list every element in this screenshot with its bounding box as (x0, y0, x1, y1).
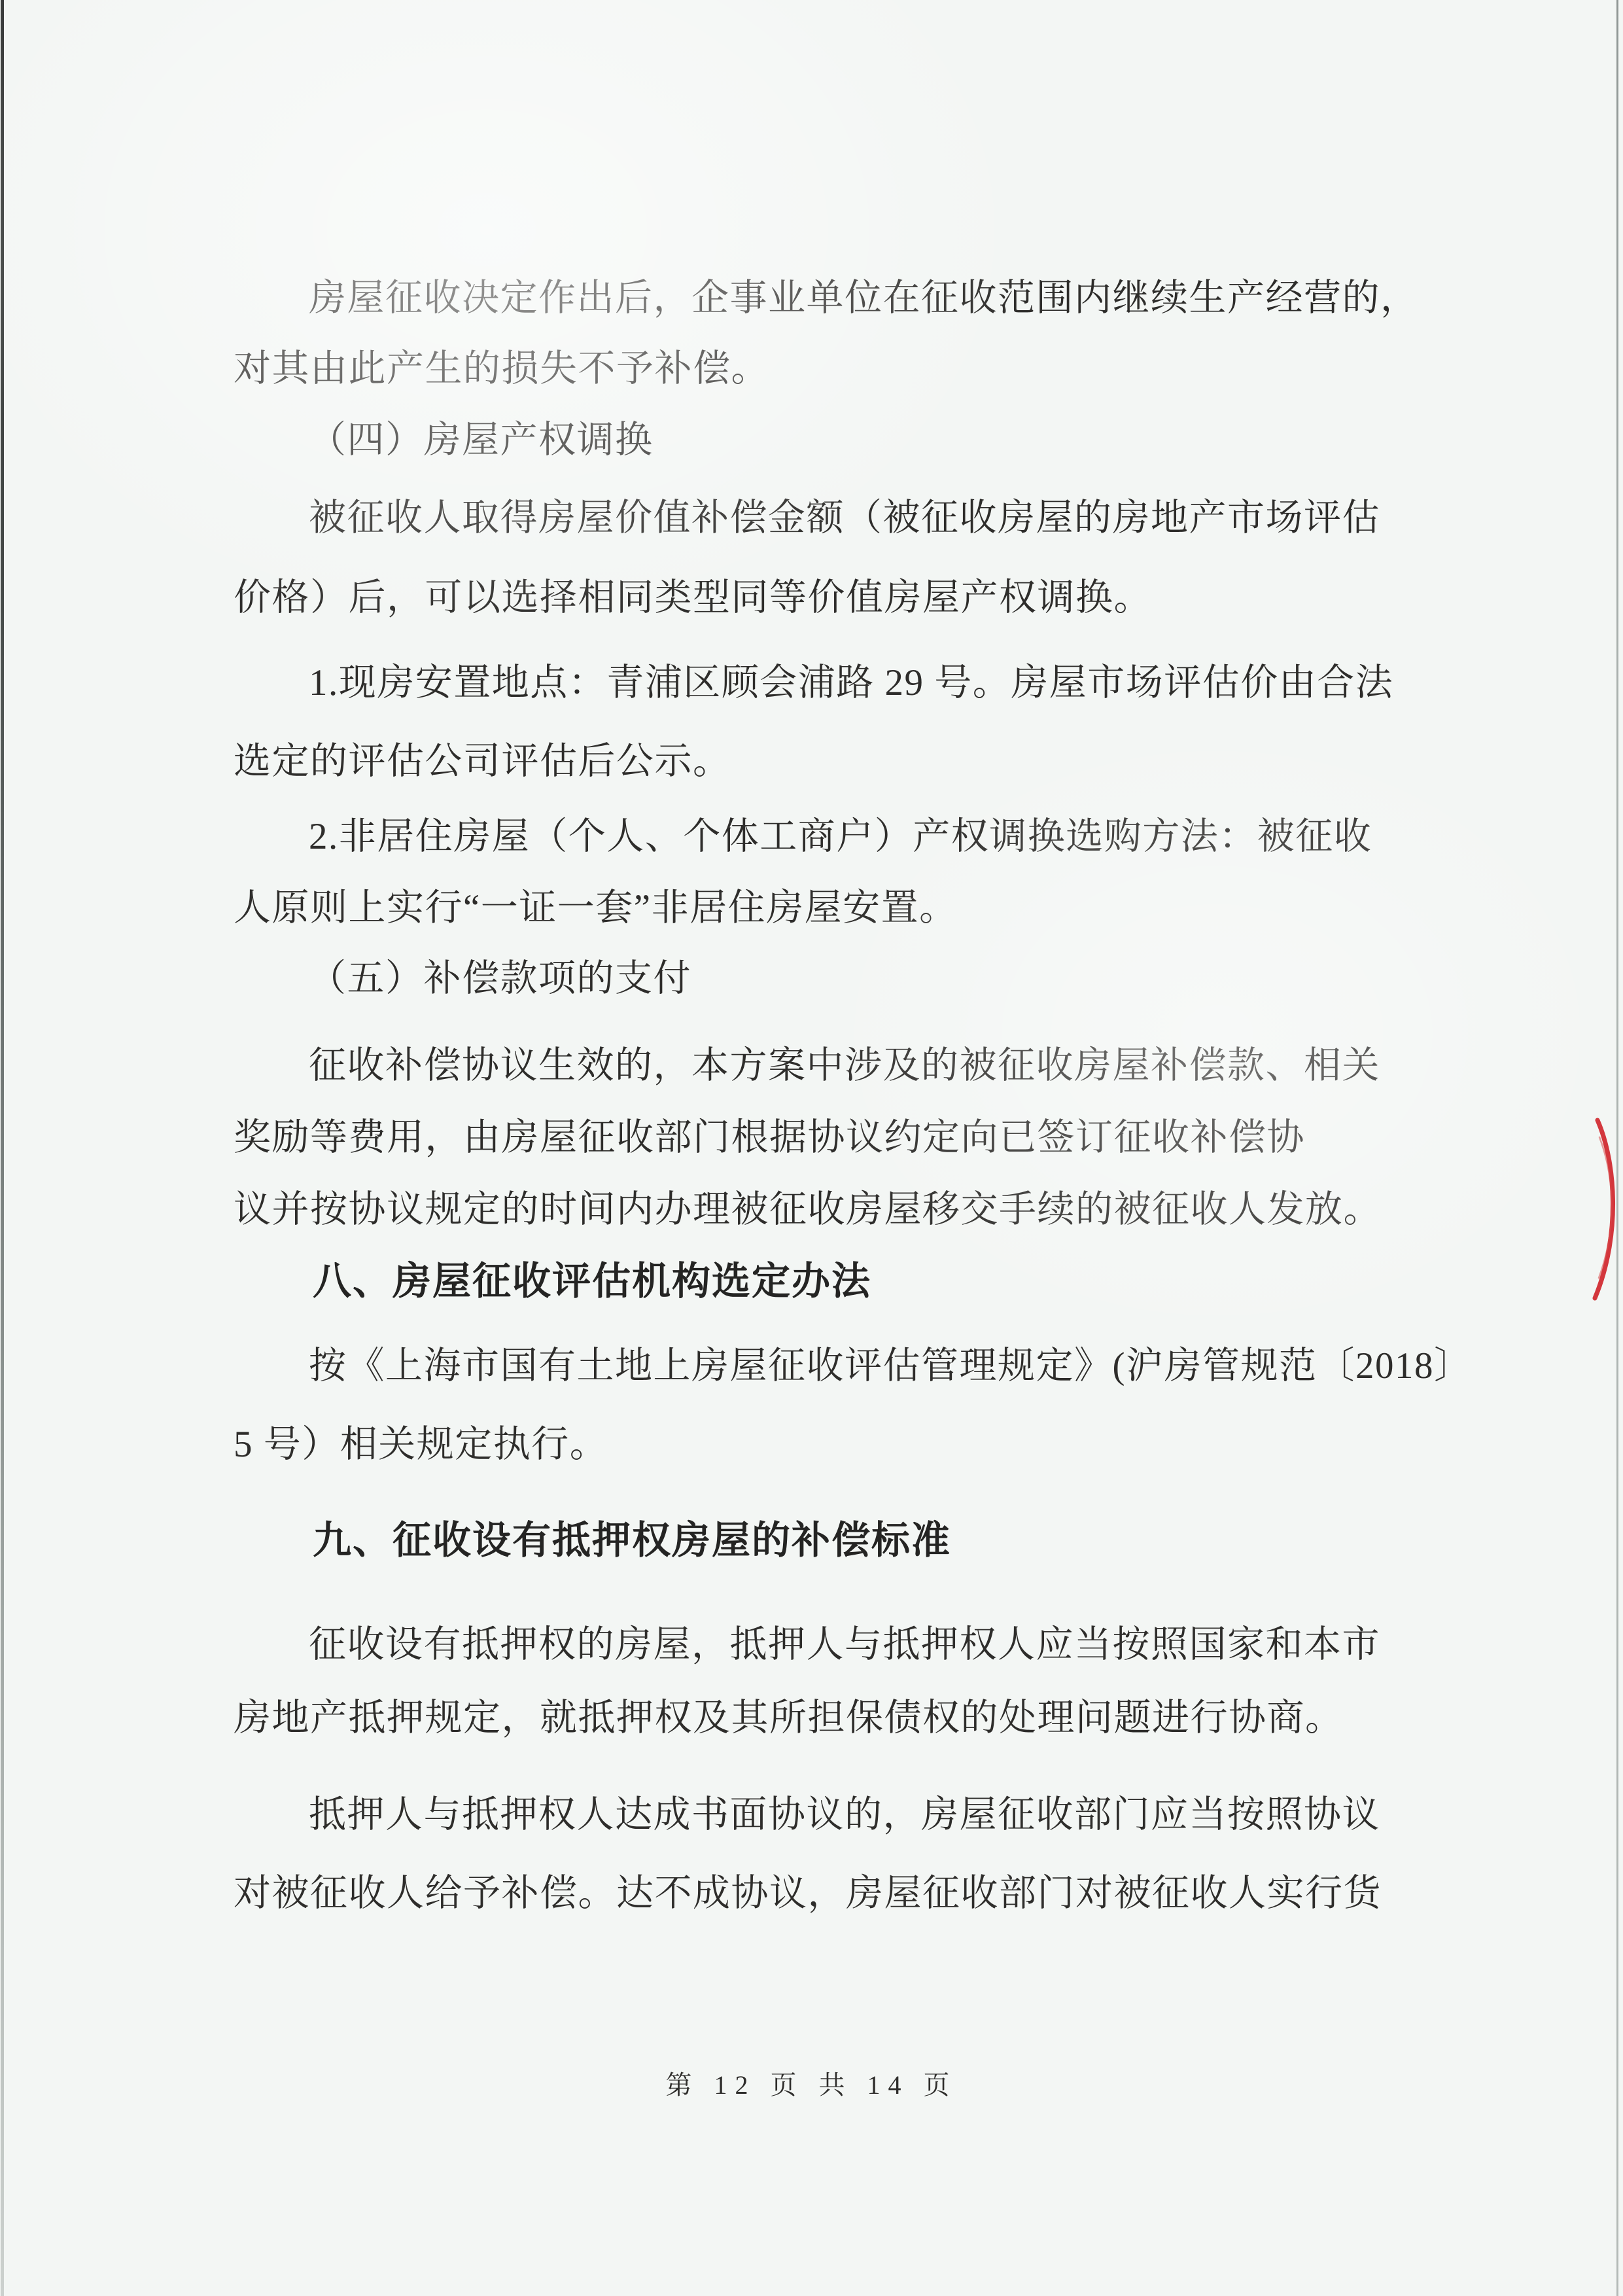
document-line: （五）补偿款项的支付 (309, 955, 691, 1002)
document-line: 1.现房安置地点：青浦区顾会浦路 29 号。房屋市场评估价由合法 (309, 660, 1393, 707)
document-line: 奖励等费用，由房屋征收部门根据协议约定向已签订征收补偿协 (234, 1114, 1305, 1161)
document-line: 2.非居住房屋（个人、个体工商户）产权调换选购方法：被征收 (309, 813, 1372, 860)
document-page: 房屋征收决定作出后，企事业单位在征收范围内继续生产经营的， 对其由此产生的损失不… (0, 0, 1623, 2296)
page-number: 第 12 页 共 14 页 (0, 2064, 1623, 2102)
document-line: 对其由此产生的损失不予补偿。 (234, 345, 769, 393)
document-line: 对被征收人给予补偿。达不成协议，房屋征收部门对被征收人实行货 (234, 1870, 1382, 1917)
scan-fold-line-left (1, 0, 4, 2296)
document-line: 价格）后，可以选择相同类型同等价值房屋产权调换。 (234, 574, 1152, 622)
document-line: （四）房屋产权调换 (309, 417, 654, 464)
red-pen-mark (1582, 1111, 1623, 1307)
document-line: 议并按协议规定的时间内办理被征收房屋移交手续的被征收人发放。 (234, 1186, 1382, 1233)
document-line: 抵押人与抵押权人达成书面协议的，房屋征收部门应当按照协议 (309, 1792, 1380, 1839)
document-line: 按《上海市国有土地上房屋征收评估管理规定》(沪房管规范〔2018〕 (309, 1343, 1472, 1390)
document-line: 5 号）相关规定执行。 (234, 1421, 608, 1468)
document-line: 被征收人取得房屋价值补偿金额（被征收房屋的房地产市场评估 (309, 495, 1380, 542)
document-line: 选定的评估公司评估后公示。 (234, 738, 731, 785)
section-heading-9: 九、征收设有抵押权房屋的补偿标准 (313, 1517, 951, 1564)
document-line: 征收补偿协议生效的，本方案中涉及的被征收房屋补偿款、相关 (309, 1042, 1380, 1089)
document-line: 房屋征收决定作出后，企事业单位在征收范围内继续生产经营的， (309, 275, 1419, 322)
document-line: 征收设有抵押权的房屋，抵押人与抵押权人应当按照国家和本市 (309, 1621, 1380, 1669)
document-line: 人原则上实行“一证一套”非居住房屋安置。 (234, 885, 958, 932)
document-line: 房地产抵押规定，就抵押权及其所担保债权的处理问题进行协商。 (234, 1695, 1344, 1742)
section-heading-8: 八、房屋征收评估机构选定办法 (313, 1258, 871, 1305)
